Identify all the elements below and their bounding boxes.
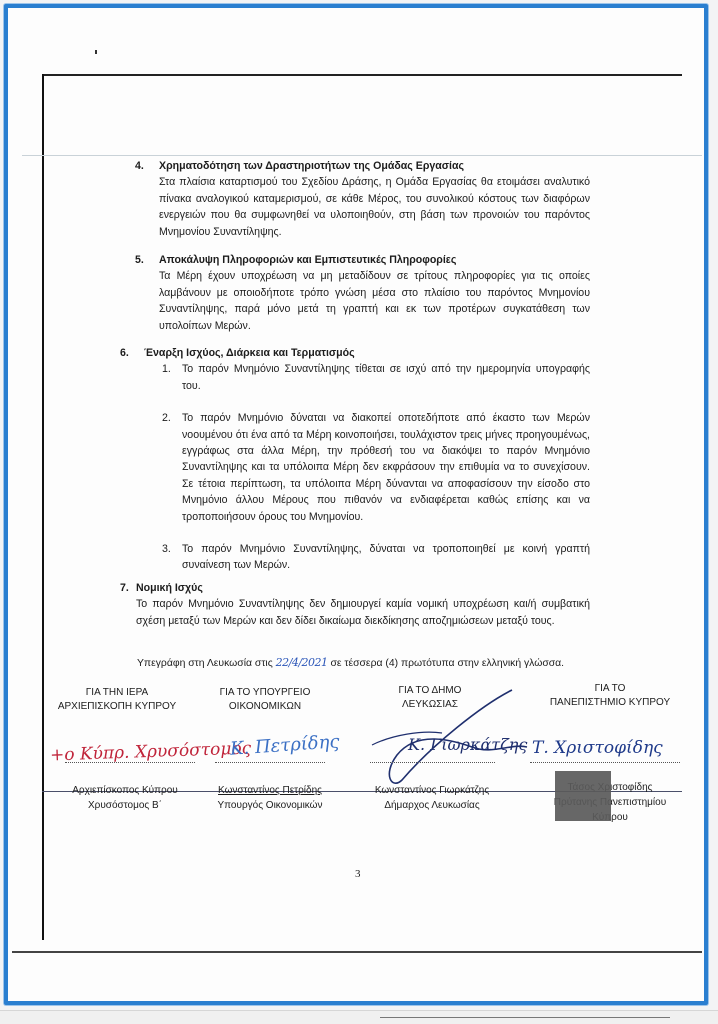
party-line: ΠΑΝΕΠΙΣΤΗΜΙΟ ΚΥΠΡΟΥ [535,696,685,710]
subsection-2: 2. Το παρόν Μνημόνιο δύναται να διακοπεί… [162,410,590,525]
signer-name: Κωνσταντίνος Πετρίδης [205,783,335,798]
scan-mark [95,50,97,54]
subsection-number: 1. [162,361,171,377]
signing-prefix: Υπεγράφη στη Λευκωσία στις [137,658,273,669]
signature-line [370,762,495,763]
left-margin-rule [42,74,44,940]
party-line: ΓΙΑ ΤΟ [535,682,685,696]
party-ministry-finance: ΓΙΑ ΤΟ ΥΠΟΥΡΓΕΙΟ ΟΙΚΟΝΟΜΙΚΩΝ [205,686,325,714]
section-number: 6. [120,345,129,361]
signer-archbishop: Αρχιεπίσκοπος Κύπρου Χρυσόστομος Β΄ [60,783,190,813]
subsection-text: Το παρόν Μνημόνιο Συναντίληψης, δύναται … [182,543,590,571]
section-heading: Νομική Ισχύς [136,580,590,596]
signer-title: Χρυσόστομος Β΄ [60,798,190,813]
section-4: 4. Χρηματοδότηση των Δραστηριοτήτων της … [135,158,590,240]
signer-mayor: Κωνσταντίνος Γιωρκάτζης Δήμαρχος Λευκωσί… [362,783,502,813]
section-number: 5. [135,252,144,268]
party-archbishopric: ΓΙΑ ΤΗΝ ΙΕΡΑ ΑΡΧΙΕΠΙΣΚΟΠΗ ΚΥΠΡΟΥ [52,686,182,714]
page-number: 3 [355,868,361,880]
signature-rector: Τ. Χριστοφίδης [532,738,663,758]
section-body: Στα πλαίσια καταρτισμού του Σχεδίου Δράσ… [159,174,590,240]
section-body: Τα Μέρη έχουν υποχρέωση να μη μεταδίδουν… [159,268,590,334]
section-body: Το παρόν Μνημόνιο Συναντίληψης δεν δημιο… [136,596,590,629]
top-rule [42,74,682,76]
party-line: ΟΙΚΟΝΟΜΙΚΩΝ [205,700,325,714]
section-6: 6. Έναρξη Ισχύος, Διάρκεια και Τερματισμ… [120,345,590,574]
party-line: ΓΙΑ ΤΟ ΥΠΟΥΡΓΕΙΟ [205,686,325,700]
party-university-cyprus: ΓΙΑ ΤΟ ΠΑΝΕΠΙΣΤΗΜΙΟ ΚΥΠΡΟΥ [535,682,685,710]
signer-title: Υπουργός Οικονομικών [205,798,335,813]
faint-rule [22,155,702,156]
section-heading: Έναρξη Ισχύος, Διάρκεια και Τερματισμός [144,345,590,361]
signer-title: Δήμαρχος Λευκωσίας [362,798,502,813]
signing-statement: Υπεγράφη στη Λευκωσία στις 22/4/2021 σε … [137,656,564,669]
subsection-3: 3. Το παρόν Μνημόνιο Συναντίληψης, δύνατ… [162,541,590,574]
section-number: 4. [135,158,144,174]
party-line: ΓΙΑ ΤΗΝ ΙΕΡΑ [52,686,182,700]
signature-line [215,762,325,763]
section-heading: Αποκάλυψη Πληροφοριών και Εμπιστευτικές … [159,252,590,268]
section-5: 5. Αποκάλυψη Πληροφοριών και Εμπιστευτικ… [135,252,590,334]
subsection-text: Το παρόν Μνημόνιο δύναται να διακοπεί οπ… [182,412,590,522]
bottom-short-rule [380,1017,670,1018]
section-number: 7. [120,580,129,596]
redaction-box [555,771,611,821]
signing-suffix: σε τέσσερα (4) πρωτότυπα στην ελληνική γ… [330,658,564,669]
subsection-1: 1. Το παρόν Μνημόνιο Συναντίληψης τίθετα… [162,361,590,394]
signer-minister: Κωνσταντίνος Πετρίδης Υπουργός Οικονομικ… [205,783,335,813]
handwritten-date: 22/4/2021 [276,656,328,669]
subsection-number: 2. [162,410,171,426]
section-heading: Χρηματοδότηση των Δραστηριοτήτων της Ομά… [159,158,590,174]
signer-name: Κωνσταντίνος Γιωρκάτζης [362,783,502,798]
signature-line [65,762,195,763]
subsection-text: Το παρόν Μνημόνιο Συναντίληψης τίθεται σ… [182,363,590,391]
signer-name: Αρχιεπίσκοπος Κύπρου [60,783,190,798]
bottom-rule [12,951,702,953]
party-line: ΑΡΧΙΕΠΙΣΚΟΠΗ ΚΥΠΡΟΥ [52,700,182,714]
subsection-number: 3. [162,541,171,557]
section-7: 7. Νομική Ισχύς Το παρόν Μνημόνιο Συναντ… [120,580,590,629]
signature-line [530,762,680,763]
signature-mayor: Κ. Γιωρκάτζης [408,735,527,754]
